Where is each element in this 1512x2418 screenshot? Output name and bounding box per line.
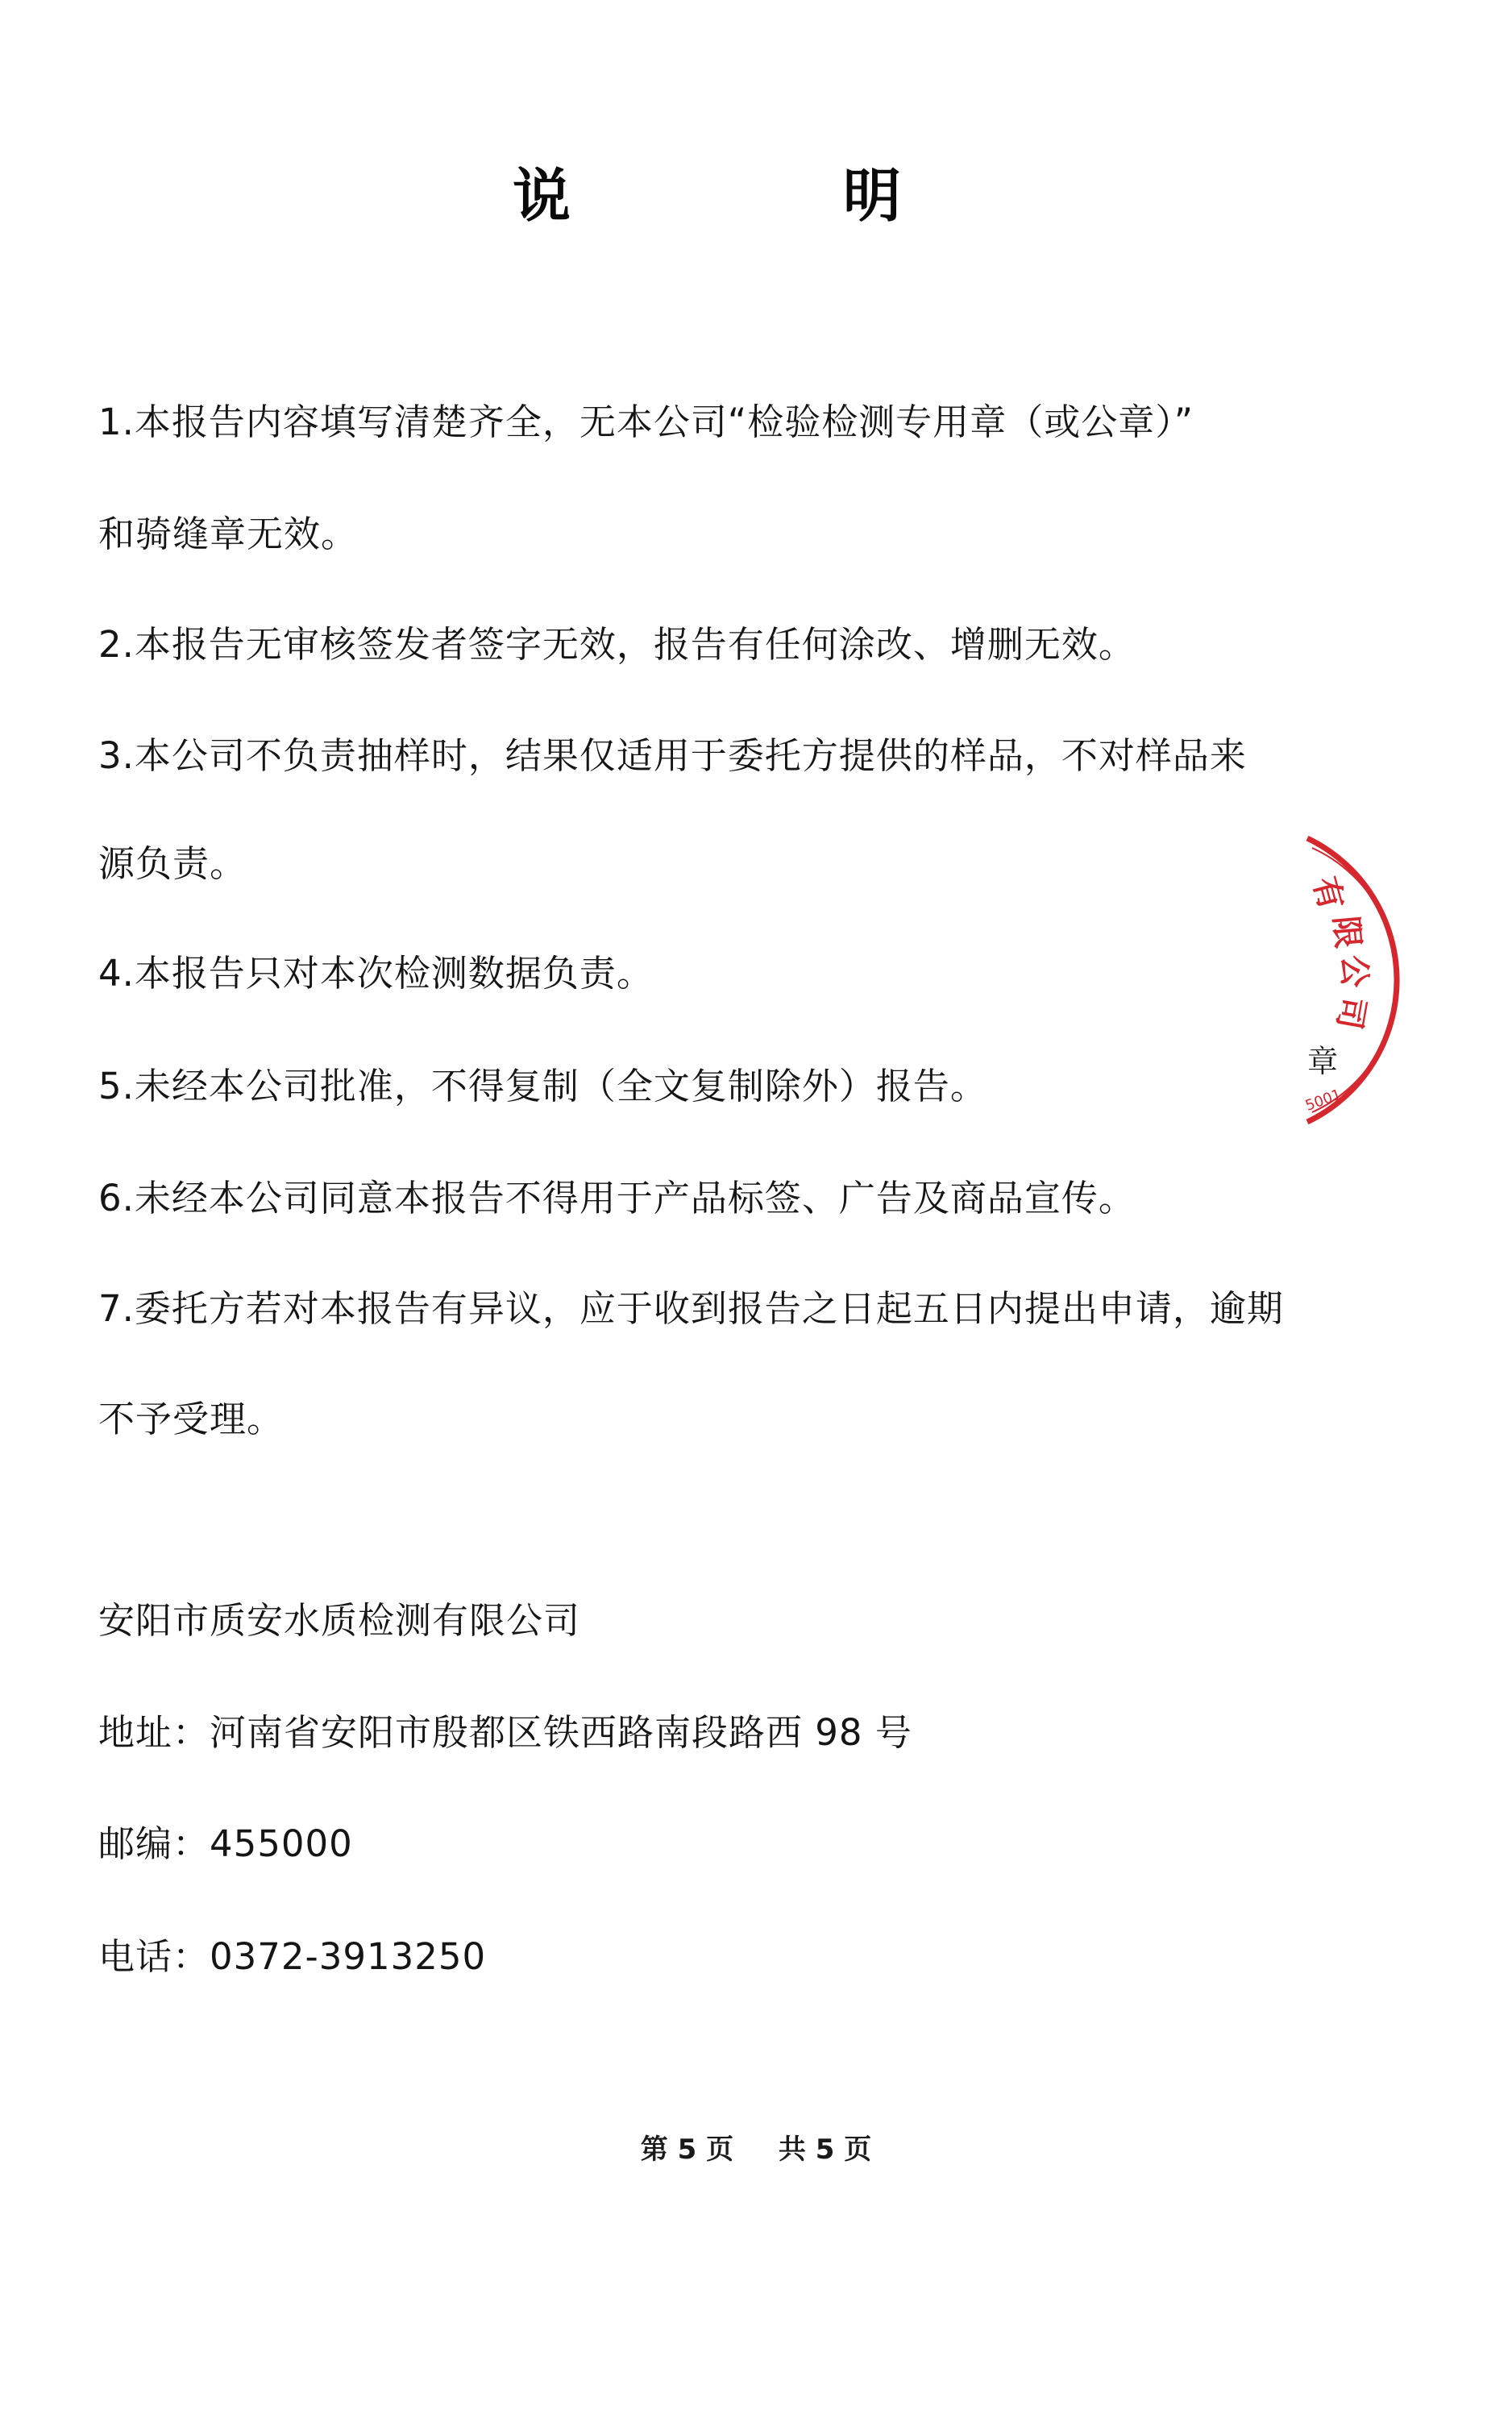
note-item-1: 1.本报告内容填写清楚齐全，无本公司“检验检测专用章（或公章）” <box>98 398 1194 447</box>
stamp-char: 公 <box>1335 955 1373 987</box>
seam-stamp: 有 限 公 司 章 5001 <box>1257 830 1419 1128</box>
stamp-char: 司 <box>1330 994 1372 1032</box>
title-char-2: 明 <box>843 160 901 232</box>
stamp-seal-icon: 有 限 公 司 章 5001 <box>1257 830 1419 1128</box>
note-item-1-cont: 和骑缝章无效。 <box>98 510 358 559</box>
note-item-3-cont: 源负责。 <box>98 840 247 888</box>
company-name: 安阳市质安水质检测有限公司 <box>98 1597 580 1645</box>
title-char-1: 说 <box>513 160 571 232</box>
stamp-center-char: 章 <box>1307 1044 1338 1079</box>
note-item-5: 5.未经本公司批准，不得复制（全文复制除外）报告。 <box>98 1062 987 1111</box>
company-address: 地址：河南省安阳市殷都区铁西路南段路西 98 号 <box>98 1709 912 1757</box>
page-number-total: 共 5 页 <box>779 2133 871 2166</box>
note-item-2: 2.本报告无审核签发者签字无效，报告有任何涂改、增删无效。 <box>98 621 1136 669</box>
stamp-char: 有 <box>1306 873 1350 914</box>
stamp-char: 限 <box>1327 915 1366 950</box>
note-item-3: 3.本公司不负责抽样时，结果仅适用于委托方提供的样品，不对样品来 <box>98 732 1247 780</box>
page-title: 说 明 <box>0 160 1512 232</box>
page-footer: 第 5 页 共 5 页 <box>0 2129 1512 2170</box>
note-item-7-cont: 不予受理。 <box>98 1395 284 1444</box>
note-item-6: 6.未经本公司同意本报告不得用于产品标签、广告及商品宣传。 <box>98 1174 1136 1223</box>
note-item-7: 7.委托方若对本报告有异议，应于收到报告之日起五日内提出申请，逾期 <box>98 1285 1284 1333</box>
company-phone: 电话：0372-3913250 <box>98 1933 486 1981</box>
page-number-current: 第 5 页 <box>641 2133 733 2166</box>
company-postcode: 邮编：455000 <box>98 1820 353 1868</box>
note-item-4: 4.本报告只对本次检测数据负责。 <box>98 949 654 998</box>
